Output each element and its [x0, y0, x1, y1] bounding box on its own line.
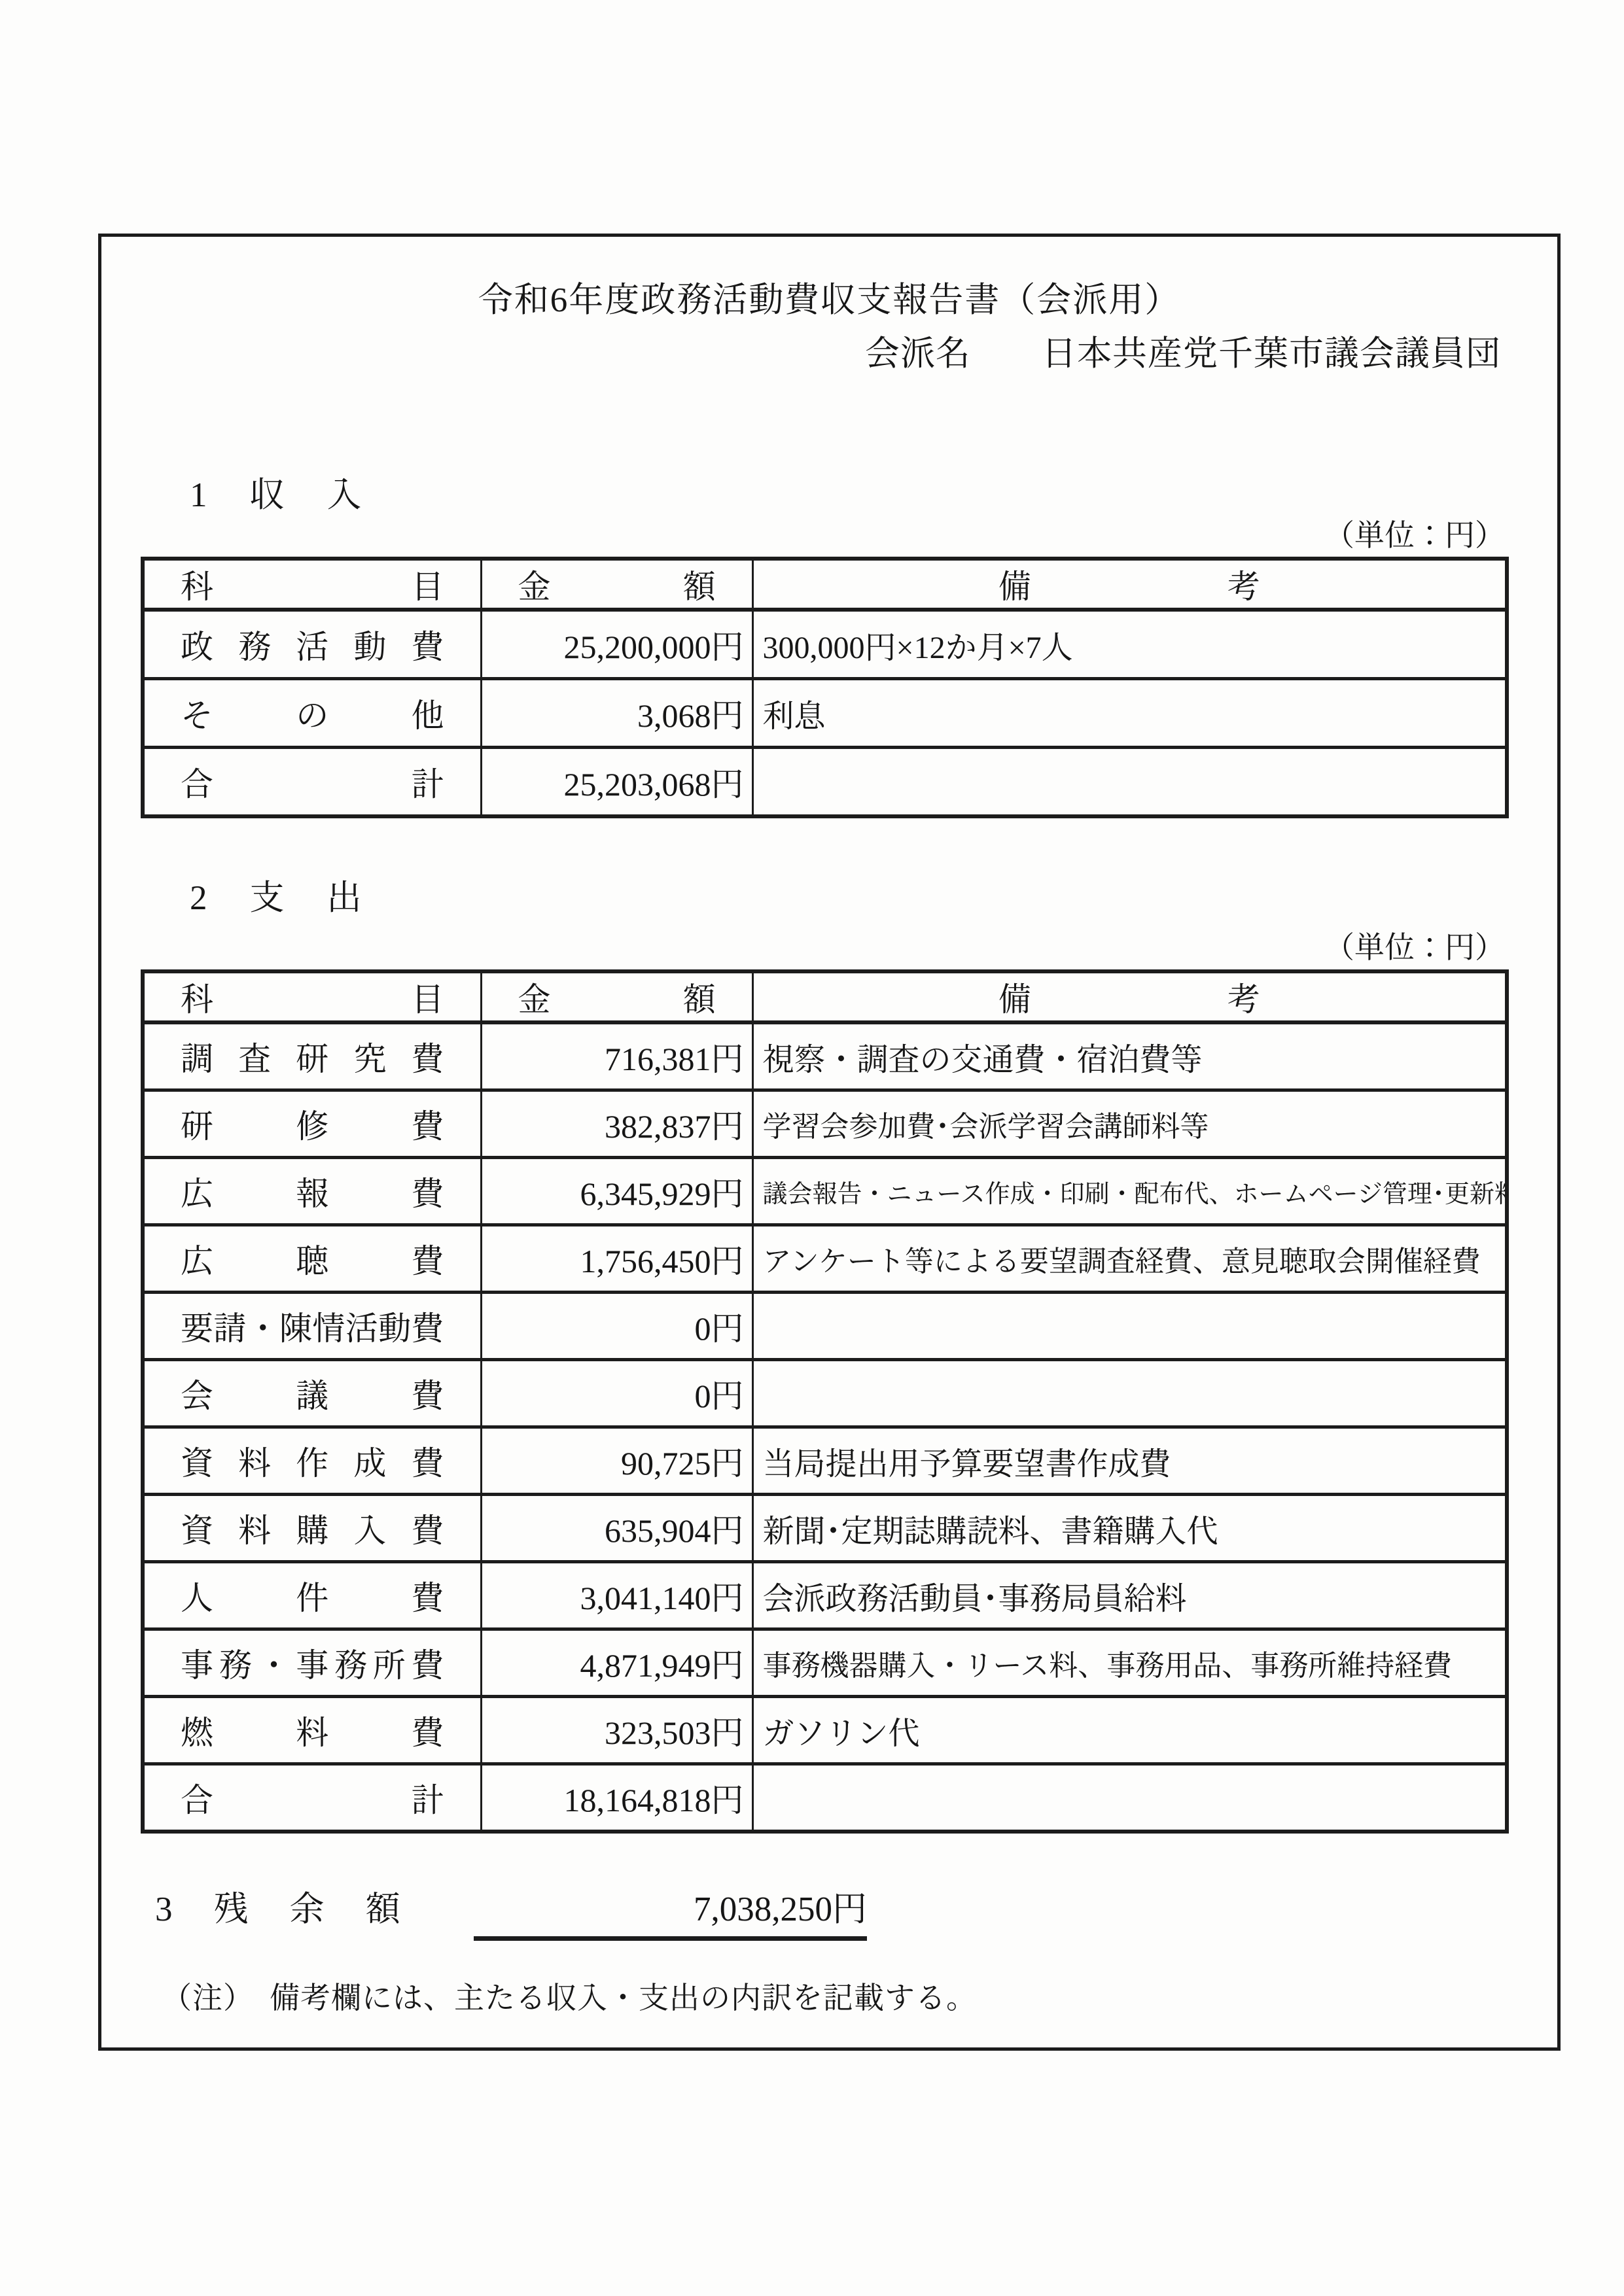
amount-cell: 6,345,929円	[481, 1158, 752, 1225]
amount-cell: 0円	[481, 1293, 752, 1360]
unit-label-income: （単位：円）	[1224, 512, 1505, 555]
section-3-residual-heading: 3 残 余 額	[155, 1881, 404, 1931]
income-table: 科目 金額 備 考 政務活動費25,200,000円300,000円×12か月×…	[141, 557, 1509, 818]
amount-cell: 382,837円	[481, 1090, 752, 1158]
note-cell	[752, 1764, 1507, 1832]
expenses-header-note: 備 考	[752, 971, 1507, 1022]
table-row: 事務・事務所費4,871,949円事務機器購入・リース料、事務用品、事務所維持経…	[143, 1629, 1507, 1697]
item-cell: 調査研究費	[143, 1022, 481, 1090]
table-row: 合計25,203,068円	[143, 748, 1507, 817]
expenses-header-item: 科目	[143, 971, 481, 1022]
table-row: 資料作成費90,725円当局提出用予算要望書作成費	[143, 1427, 1507, 1495]
amount-cell: 3,068円	[481, 679, 752, 748]
amount-cell: 25,203,068円	[481, 748, 752, 817]
table-row: 会議費0円	[143, 1360, 1507, 1427]
table-row: 研修費382,837円学習会参加費･会派学習会講師料等	[143, 1090, 1507, 1158]
faction-name-line: 会派名 日本共産党千葉市議会議員団	[865, 326, 1501, 375]
item-cell: 資料作成費	[143, 1427, 481, 1495]
income-header-note: 備 考	[752, 559, 1507, 610]
item-cell: 政務活動費	[143, 610, 481, 679]
unit-label-expenses: （単位：円）	[1224, 924, 1505, 967]
expenses-table-body: 調査研究費716,381円視察・調査の交通費・宿泊費等研修費382,837円学習…	[143, 1022, 1507, 1832]
income-table-body: 政務活動費25,200,000円300,000円×12か月×7人その他3,068…	[143, 610, 1507, 816]
item-cell: 広報費	[143, 1158, 481, 1225]
amount-cell: 1,756,450円	[481, 1225, 752, 1293]
expenses-header-row: 科目 金額 備 考	[143, 971, 1507, 1022]
note-cell	[752, 1360, 1507, 1427]
note-cell: 当局提出用予算要望書作成費	[752, 1427, 1507, 1495]
item-cell: 会議費	[143, 1360, 481, 1427]
amount-cell: 4,871,949円	[481, 1629, 752, 1697]
table-row: 人件費3,041,140円会派政務活動員･事務局員給料	[143, 1562, 1507, 1629]
item-cell: その他	[143, 679, 481, 748]
amount-cell: 90,725円	[481, 1427, 752, 1495]
note-cell: アンケート等による要望調査経費、意見聴取会開催経費	[752, 1225, 1507, 1293]
note-cell: 利息	[752, 679, 1507, 748]
amount-cell: 716,381円	[481, 1022, 752, 1090]
item-cell: 事務・事務所費	[143, 1629, 481, 1697]
table-row: 広聴費1,756,450円アンケート等による要望調査経費、意見聴取会開催経費	[143, 1225, 1507, 1293]
scanned-report-page: { "page": { "title": "令和6年度政務活動費収支報告書（会派…	[0, 0, 1624, 2296]
note-cell: 視察・調査の交通費・宿泊費等	[752, 1022, 1507, 1090]
item-cell: 人件費	[143, 1562, 481, 1629]
table-row: 合計18,164,818円	[143, 1764, 1507, 1832]
note-cell: 学習会参加費･会派学習会講師料等	[752, 1090, 1507, 1158]
residual-underline	[474, 1936, 867, 1941]
note-cell: ガソリン代	[752, 1697, 1507, 1764]
section-2-expenses-heading: 2 支 出	[190, 870, 366, 920]
income-header-item: 科目	[143, 559, 481, 610]
table-row: 燃料費323,503円ガソリン代	[143, 1697, 1507, 1764]
note-cell: 議会報告・ニュース作成・印刷・配布代、ホームページ管理･更新料	[752, 1158, 1507, 1225]
item-cell: 要請・陳情活動費	[143, 1293, 481, 1360]
note-cell: 事務機器購入・リース料、事務用品、事務所維持経費	[752, 1629, 1507, 1697]
income-header-amount: 金額	[481, 559, 752, 610]
amount-cell: 3,041,140円	[481, 1562, 752, 1629]
amount-cell: 0円	[481, 1360, 752, 1427]
amount-cell: 18,164,818円	[481, 1764, 752, 1832]
residual-amount: 7,038,250円	[474, 1881, 867, 1931]
table-row: 要請・陳情活動費0円	[143, 1293, 1507, 1360]
section-1-income-heading: 1 収 入	[190, 467, 366, 517]
note-cell: 300,000円×12か月×7人	[752, 610, 1507, 679]
note-cell	[752, 748, 1507, 817]
footnote: （注） 備考欄には、主たる収入・支出の内訳を記載する。	[162, 1974, 977, 2017]
expenses-table: 科目 金額 備 考 調査研究費716,381円視察・調査の交通費・宿泊費等研修費…	[141, 969, 1509, 1834]
note-cell: 会派政務活動員･事務局員給料	[752, 1562, 1507, 1629]
note-cell: 新聞･定期誌購読料、書籍購入代	[752, 1495, 1507, 1562]
item-cell: 合計	[143, 748, 481, 817]
item-cell: 研修費	[143, 1090, 481, 1158]
expenses-header-amount: 金額	[481, 971, 752, 1022]
table-row: 広報費6,345,929円議会報告・ニュース作成・印刷・配布代、ホームページ管理…	[143, 1158, 1507, 1225]
income-header-row: 科目 金額 備 考	[143, 559, 1507, 610]
amount-cell: 323,503円	[481, 1697, 752, 1764]
amount-cell: 25,200,000円	[481, 610, 752, 679]
table-row: 政務活動費25,200,000円300,000円×12か月×7人	[143, 610, 1507, 679]
item-cell: 広聴費	[143, 1225, 481, 1293]
document-title: 令和6年度政務活動費収支報告書（会派用）	[98, 272, 1561, 322]
table-row: その他3,068円利息	[143, 679, 1507, 748]
table-row: 調査研究費716,381円視察・調査の交通費・宿泊費等	[143, 1022, 1507, 1090]
item-cell: 資料購入費	[143, 1495, 481, 1562]
item-cell: 合計	[143, 1764, 481, 1832]
item-cell: 燃料費	[143, 1697, 481, 1764]
amount-cell: 635,904円	[481, 1495, 752, 1562]
table-row: 資料購入費635,904円新聞･定期誌購読料、書籍購入代	[143, 1495, 1507, 1562]
note-cell	[752, 1293, 1507, 1360]
